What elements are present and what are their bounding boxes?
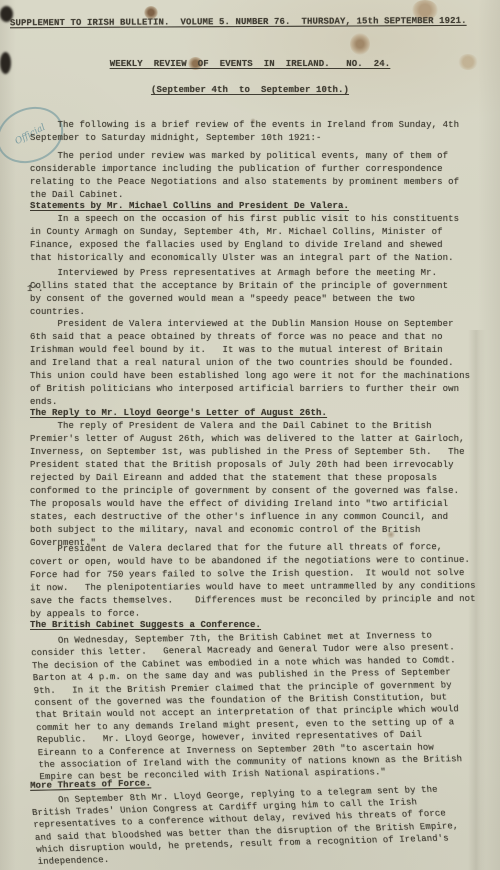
section-heading-collins-devalera: Statements by Mr. Michael Collins and Pr… (30, 200, 486, 213)
paragraph-armagh-speech: In a speech on the occasion of his first… (30, 213, 486, 265)
page-subtitle: (September 4th to September 10th.) (0, 84, 500, 97)
page-title: WEEKLY REVIEW OF EVENTS IN IRELAND. NO. … (0, 58, 500, 71)
paragraph-dail-reply: The reply of President de Valera and the… (30, 420, 486, 550)
paragraph-collins-interview: Interviewed by Press representatives at … (30, 267, 486, 319)
paragraph-intro-1: The following is a brief review of the e… (30, 119, 486, 145)
paragraph-devalera-mansion-house: President de Valera interviewed at the D… (30, 318, 486, 409)
paragraph-devalera-threats: President de Valera declared that for th… (30, 541, 486, 621)
section-heading-reply-lloyd-george: The Reply to Mr. Lloyd George's Letter o… (30, 407, 486, 420)
paragraph-cardiff-telegram: On September 8th Mr. Lloyd George, reply… (30, 782, 494, 868)
paragraph-intro-2: The period under review was marked by po… (30, 150, 486, 202)
paragraph-inverness-cabinet: On Wednesday, September 7th, the British… (30, 629, 496, 784)
document-page: Official SUPPLEMENT TO IRISH BULLETIN. V… (0, 0, 500, 870)
masthead: SUPPLEMENT TO IRISH BULLETIN. VOLUME 5. … (10, 15, 494, 31)
paper-stain (350, 33, 370, 55)
